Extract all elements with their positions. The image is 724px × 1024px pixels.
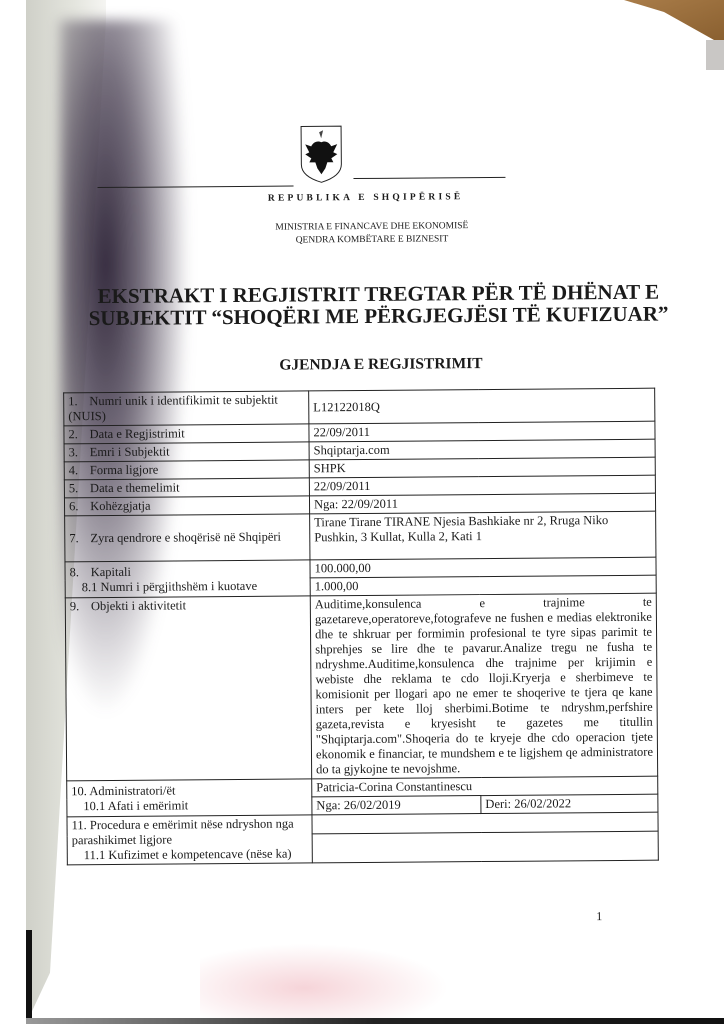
table-row: 9. Objekti i aktivitetit Auditime,konsul… [65, 593, 657, 781]
albanian-eagle-emblem-icon [299, 124, 343, 184]
table-row: 1. Numri unik i identifikimit te subjekt… [64, 388, 655, 426]
competence-limits-value [312, 831, 658, 863]
row-label: 8. Kapitali 8.1 Numri i përgjithshëm i k… [65, 560, 310, 598]
title-line-2: SUBJEKTIT “SHOQËRI ME PËRGJEGJËSI TË KUF… [16, 302, 724, 330]
row-label: 6. Kohëzgjatja [64, 496, 309, 516]
document-title: EKSTRAKT I REGJISTRIT TREGTAR PËR TË DHË… [0, 280, 724, 330]
header-rule-left [98, 186, 294, 189]
appointment-from: Nga: 26/02/2019 [312, 796, 481, 815]
row-label: 2. Data e Regjistrimit [64, 424, 309, 444]
table-row: 7. Zyra qendrore e shoqërisë në Shqipëri… [65, 511, 656, 562]
section-title: GJENDJA E REGJISTRIMIT [0, 353, 724, 377]
row-label: 3. Emri i Subjektit [64, 442, 309, 462]
activity-value: Auditime,konsulenca e trajnime te gazeta… [310, 593, 657, 779]
row-label: 10. Administratori/ët 10.1 Afati i emëri… [67, 779, 312, 817]
row-label: 11. Procedura e emërimit nëse ndryshon n… [67, 815, 312, 865]
header-rule-right [353, 177, 505, 179]
country-name: REPUBLIKA E SHQIPËRISË [0, 190, 724, 206]
row-label: 1. Numri unik i identifikimit te subjekt… [64, 391, 309, 426]
row-value: L12122018Q [309, 388, 655, 424]
page-number: 1 [596, 909, 602, 924]
appointment-to: Deri: 26/02/2022 [481, 794, 658, 813]
ministry-block: MINISTRIA E FINANCAVE DHE EKONOMISË QEND… [0, 218, 724, 250]
row-label: 7. Zyra qendrore e shoqërisë në Shqipëri [65, 514, 310, 562]
row-label: 5. Data e themelimit [64, 478, 309, 498]
registration-table: 1. Numri unik i identifikimit te subjekt… [63, 388, 659, 866]
row-label: 4. Forma ligjore [64, 460, 309, 480]
row-value: Tirane Tirane TIRANE Njesia Bashkiake nr… [310, 511, 656, 560]
document-page: REPUBLIKA E SHQIPËRISË MINISTRIA E FINAN… [0, 0, 724, 1024]
row-label: 9. Objekti i aktivitetit [65, 596, 311, 781]
